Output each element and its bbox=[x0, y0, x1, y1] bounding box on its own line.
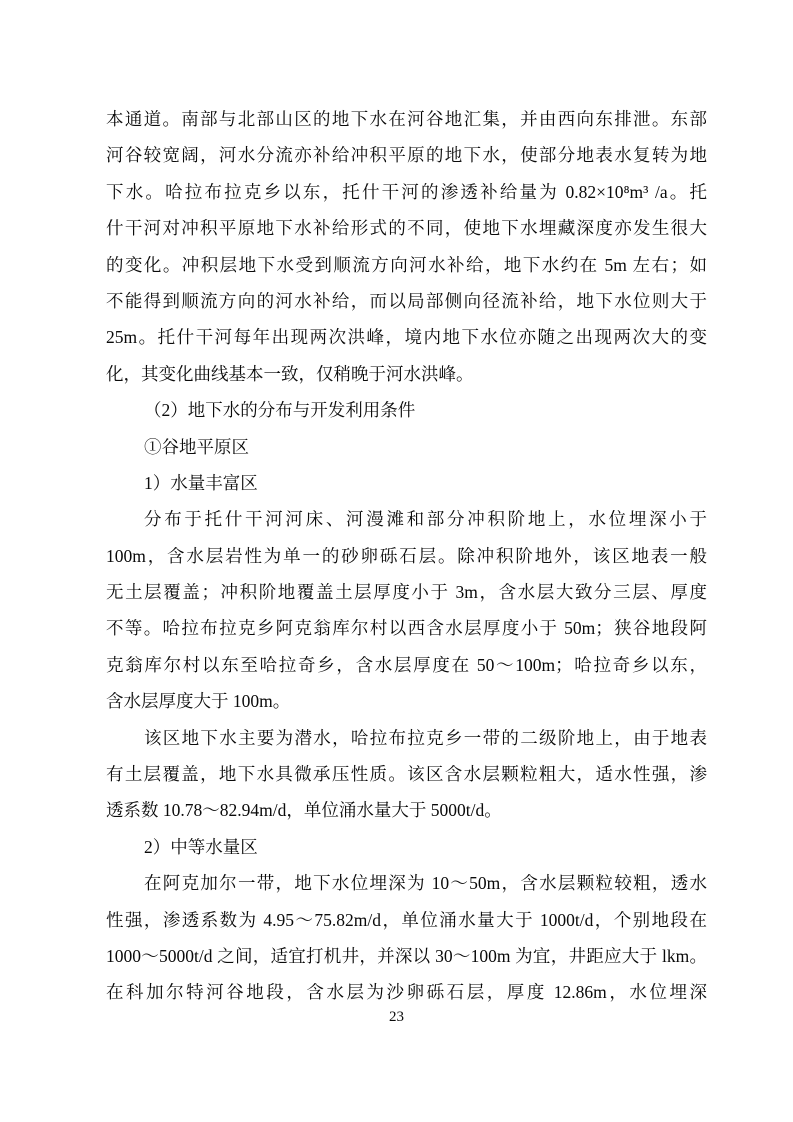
text-line: 25m。托什干河每年出现两次洪峰，境内地下水位亦随之出现两次大的变 bbox=[106, 319, 707, 355]
text-line: 该区地下水主要为潜水，哈拉布拉克乡一带的二级阶地上，由于地表 bbox=[106, 720, 707, 756]
heading-line: 2）中等水量区 bbox=[106, 829, 707, 865]
text-line: 分布于托什干河河床、河漫滩和部分冲积阶地上，水位埋深小于 bbox=[106, 501, 707, 537]
text-line: 在阿克加尔一带，地下水位埋深为 10～50m，含水层颗粒较粗，透水 bbox=[106, 865, 707, 901]
text-line: 含水层厚度大于 100m。 bbox=[106, 683, 707, 719]
text-line: 性强，渗透系数为 4.95～75.82m/d，单位涌水量大于 1000t/d，个… bbox=[106, 902, 707, 938]
text-line: 无土层覆盖；冲积阶地覆盖土层厚度小于 3m，含水层大致分三层、厚度 bbox=[106, 574, 707, 610]
text-line: 有土层覆盖，地下水具微承压性质。该区含水层颗粒粗大，适水性强，渗 bbox=[106, 756, 707, 792]
text-line: 不能得到顺流方向的河水补给，而以局部侧向径流补给，地下水位则大于 bbox=[106, 283, 707, 319]
text-line: 下水。哈拉布拉克乡以东，托什干河的渗透补给量为 0.82×10⁸m³ /a。托 bbox=[106, 174, 707, 210]
text-line: 克翁库尔村以东至哈拉奇乡，含水层厚度在 50～100m；哈拉奇乡以东， bbox=[106, 647, 707, 683]
heading-line: （2）地下水的分布与开发利用条件 bbox=[106, 392, 707, 428]
text-line: 的变化。冲积层地下水受到顺流方向河水补给，地下水约在 5m 左右；如 bbox=[106, 247, 707, 283]
page-number: 23 bbox=[0, 1006, 793, 1028]
text-line: 什干河对冲积平原地下水补给形式的不同，使地下水埋藏深度亦发生很大 bbox=[106, 210, 707, 246]
text-line: 河谷较宽阔，河水分流亦补给冲积平原的地下水，使部分地表水复转为地 bbox=[106, 137, 707, 173]
document-page: 本通道。南部与北部山区的地下水在河谷地汇集，并由西向东排泄。东部河谷较宽阔，河水… bbox=[0, 0, 793, 1122]
text-line: 1000～5000t/d 之间，适宜打机井，并深以 30～100m 为宜，井距应… bbox=[106, 938, 707, 974]
text-line: 不等。哈拉布拉克乡阿克翁库尔村以西含水层厚度小于 50m；狭谷地段阿 bbox=[106, 610, 707, 646]
heading-line: 1）水量丰富区 bbox=[106, 465, 707, 501]
text-line: 本通道。南部与北部山区的地下水在河谷地汇集，并由西向东排泄。东部 bbox=[106, 101, 707, 137]
text-line: 100m，含水层岩性为单一的砂卵砾石层。除冲积阶地外，该区地表一般 bbox=[106, 538, 707, 574]
heading-line: ①谷地平原区 bbox=[106, 429, 707, 465]
text-line: 化，其变化曲线基本一致，仅稍晚于河水洪峰。 bbox=[106, 356, 707, 392]
text-block: 本通道。南部与北部山区的地下水在河谷地汇集，并由西向东排泄。东部河谷较宽阔，河水… bbox=[106, 101, 707, 1011]
text-line: 透系数 10.78～82.94m/d，单位涌水量大于 5000t/d。 bbox=[106, 792, 707, 828]
